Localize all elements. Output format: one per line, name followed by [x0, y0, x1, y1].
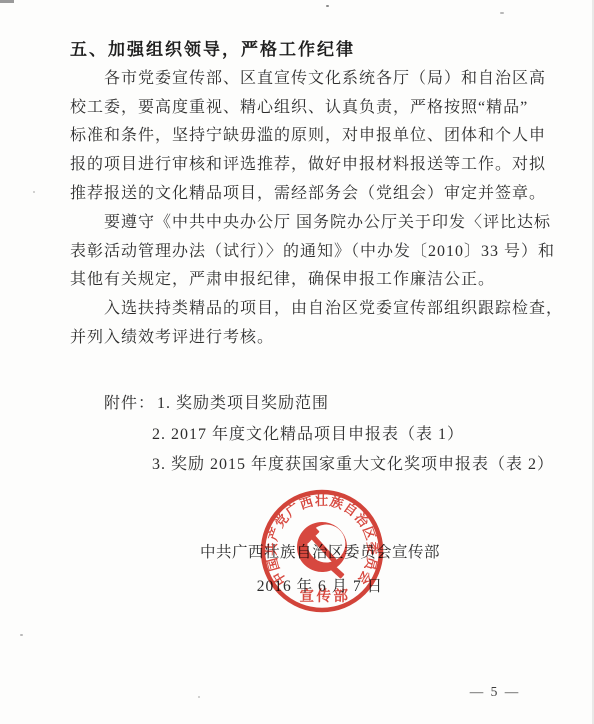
- body-line: 各市党委宣传部、区直宣传文化系统各厅（局）和自治区高: [70, 65, 522, 94]
- body-line: 报的项目进行审核和评选推荐，做好申报材料报送等工作。对拟: [70, 151, 522, 180]
- document-page: 五、加强组织领导，严格工作纪律 各市党委宣传部、区直宣传文化系统各厅（局）和自治…: [0, 0, 594, 724]
- scan-speck: [20, 634, 23, 636]
- scan-speck: [198, 696, 200, 698]
- attachment-list: 附件：1. 奖励类项目奖励范围 2. 2017 年度文化精品项目申报表（表 1）…: [104, 389, 554, 481]
- body-line: 校工委，要高度重视、精心组织、认真负责，严格按照“精品”: [70, 94, 522, 123]
- attachment-item: 1. 奖励类项目奖励范围: [157, 395, 329, 412]
- attachment-item: 2. 2017 年度文化精品项目申报表（表 1）: [152, 426, 464, 443]
- body-line: 其他有关规定，严肃申报纪律，确保申报工作廉洁公正。: [70, 266, 522, 295]
- body-line: 入选扶持类精品的项目，由自治区党委宣传部组织跟踪检查，: [70, 295, 522, 324]
- scan-speck: [326, 5, 329, 7]
- section-heading: 五、加强组织领导，严格工作纪律: [70, 36, 522, 65]
- attachment-row: 附件：1. 奖励类项目奖励范围: [104, 389, 554, 420]
- attachment-item: 3. 奖励 2015 年度获国家重大文化奖项申报表（表 2）: [152, 456, 554, 473]
- body-line: 表彰活动管理办法（试行）〉的通知》（中办发〔2010〕33 号）和: [70, 238, 522, 267]
- scan-speck: [33, 191, 35, 193]
- body-text-block: 五、加强组织领导，严格工作纪律 各市党委宣传部、区直宣传文化系统各厅（局）和自治…: [70, 36, 522, 353]
- attachment-row: 2. 2017 年度文化精品项目申报表（表 1）: [104, 420, 554, 451]
- attachment-label: 附件：: [104, 395, 155, 412]
- body-line: 并列入绩效考评进行考核。: [70, 324, 522, 353]
- scan-speck: [500, 12, 504, 14]
- official-seal: 中国共产党广西壮族自治区委员会 宣传部: [256, 485, 388, 617]
- seal-bottom-text: 宣传部: [300, 587, 351, 605]
- hammer-sickle-icon: [288, 513, 356, 581]
- body-line: 推荐报送的文化精品项目，需经部务会（党组会）审定并签章。: [70, 180, 522, 209]
- page-number: — 5 —: [462, 684, 528, 700]
- body-line: 要遵守《中共中央办公厅 国务院办公厅关于印发〈评比达标: [70, 209, 522, 238]
- body-line: 标准和条件，坚持宁缺毋滥的原则，对申报单位、团体和个人申: [70, 122, 522, 151]
- scan-edge-artifact: [0, 0, 14, 3]
- attachment-row: 3. 奖励 2015 年度获国家重大文化奖项申报表（表 2）: [104, 450, 554, 481]
